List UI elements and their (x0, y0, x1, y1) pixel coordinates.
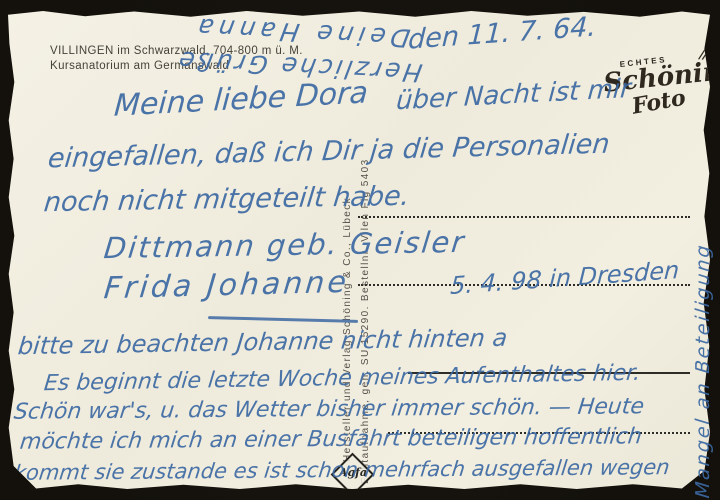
body-line-4: kommt sie zustande es ist schon mehrfach… (13, 455, 671, 485)
body-line-1: Es beginnt die letzte Woche meines Aufen… (43, 361, 642, 396)
name-line-2: Frida Johanne (102, 265, 350, 307)
vertical-note-right: Mangel an Beteiligung (692, 242, 714, 499)
name-line-1: Dittmann geb. Geisler (102, 225, 467, 265)
salutation-line: Meine liebe Dora (113, 75, 369, 123)
handwritten-date: den 11. 7. 64. (407, 11, 596, 55)
name-underline (208, 316, 358, 323)
postcard-back: VILLINGEN im Schwarzwald, 704-800 m ü. M… (8, 10, 710, 490)
note-line: bitte zu beachten Johanne nicht hinten a (17, 324, 509, 361)
body-line-3: möchte ich mich an einer Busfahrt beteil… (19, 424, 644, 454)
letter-line-overnight: über Nacht ist mir (395, 74, 632, 116)
letter-line-mitgeteilt: noch nicht mitgeteilt habe. (42, 181, 411, 218)
body-line-2: Schön war's, u. das Wetter bisher immer … (13, 394, 646, 425)
birth-date-line: 5. 4. 98 in Dresden (450, 256, 680, 300)
logo-flourish-icon: ∕∕ (698, 43, 708, 64)
address-line-dotted-1 (358, 216, 690, 218)
letter-line-personalien: eingefallen, daß ich Dir ja die Personal… (47, 129, 611, 175)
postcard-scan: VILLINGEN im Schwarzwald, 704-800 m ü. M… (0, 0, 720, 500)
